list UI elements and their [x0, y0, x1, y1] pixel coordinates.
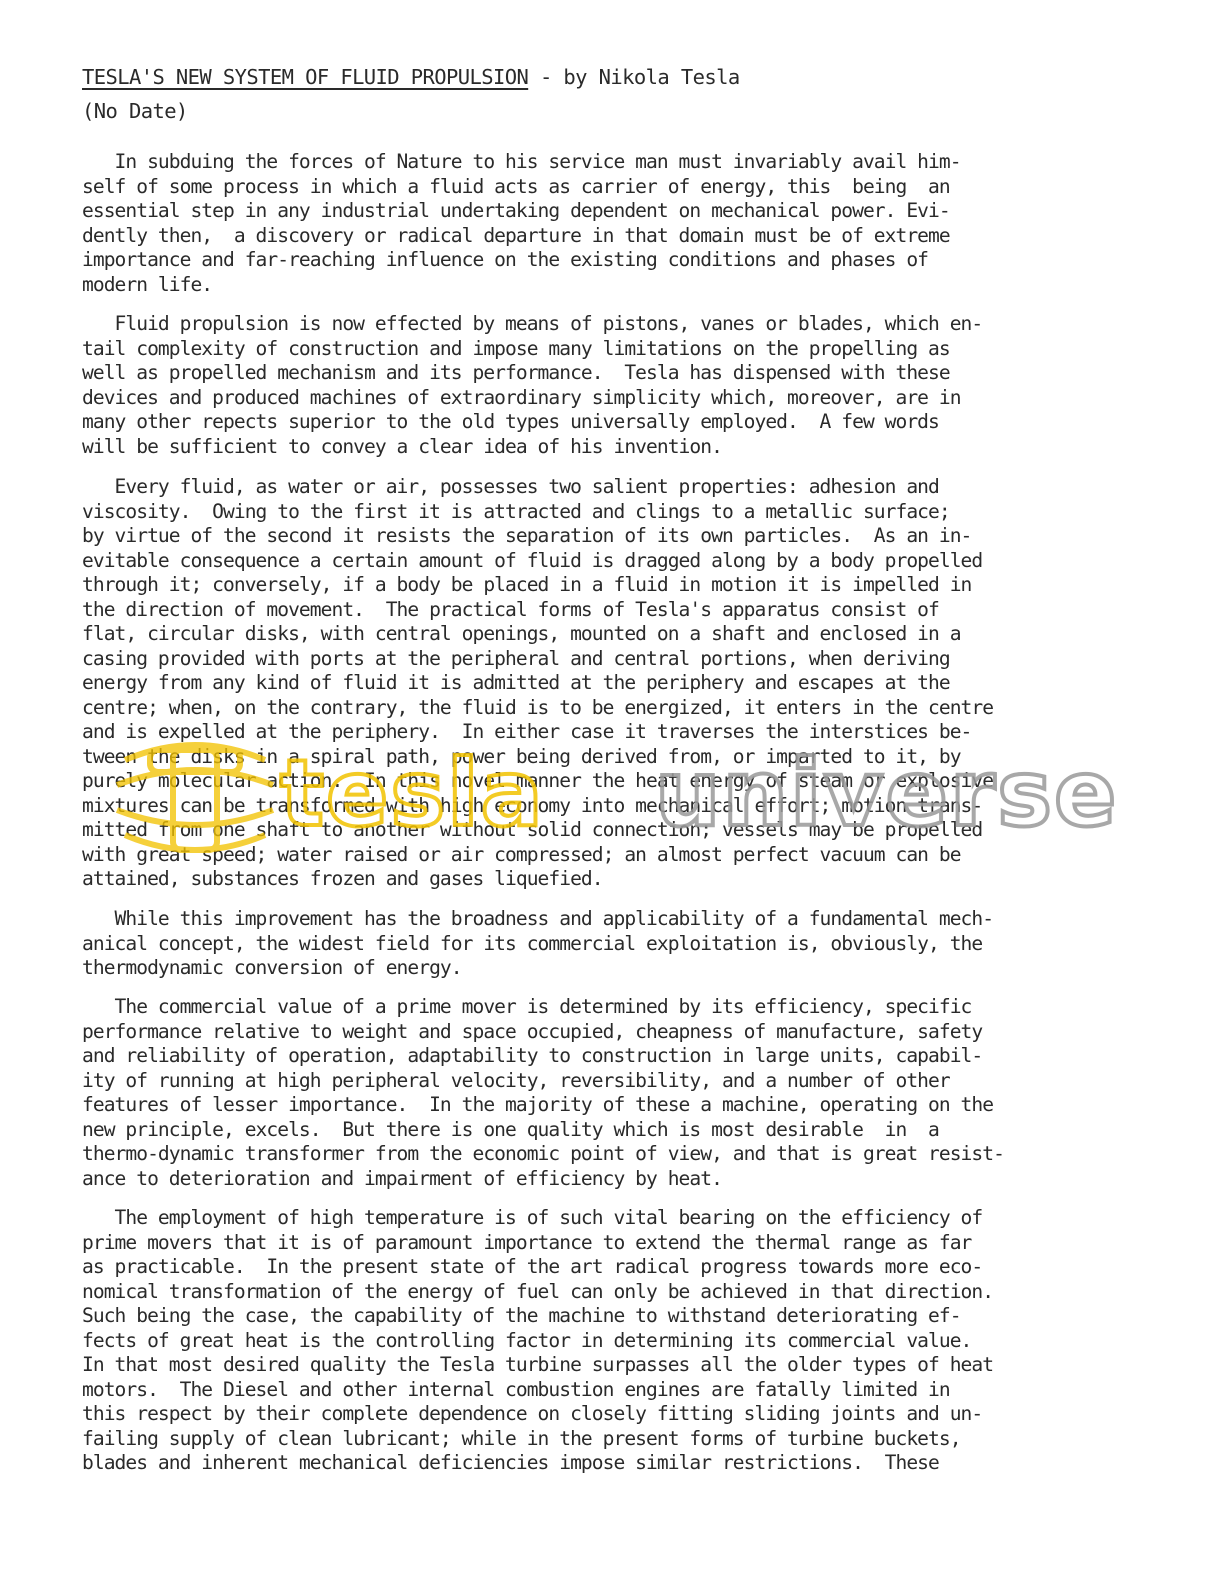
text-line: In subduing the forces of Nature to his …: [82, 150, 961, 175]
text-line: by virtue of the second it resists the s…: [82, 524, 993, 549]
text-line: thermo-dynamic transformer from the econ…: [82, 1142, 1004, 1167]
text-line: many other repects superior to the old t…: [82, 410, 982, 435]
text-line: importance and far-reaching influence on…: [82, 248, 961, 273]
paragraph-5: The commercial value of a prime mover is…: [82, 995, 1004, 1191]
text-line: The commercial value of a prime mover is…: [82, 995, 1004, 1020]
text-line: The employment of high temperature is of…: [82, 1206, 993, 1231]
document-date: (No Date): [82, 96, 1132, 126]
text-line: performance relative to weight and space…: [82, 1020, 1004, 1045]
text-line: well as propelled mechanism and its perf…: [82, 361, 982, 386]
text-line: failing supply of clean lubricant; while…: [82, 1427, 993, 1452]
text-line: new principle, excels. But there is one …: [82, 1118, 1004, 1143]
text-line: will be sufficient to convey a clear ide…: [82, 435, 982, 460]
text-line: modern life.: [82, 273, 961, 298]
text-line: centre; when, on the contrary, the fluid…: [82, 696, 993, 721]
document-title: TESLA'S NEW SYSTEM OF FLUID PROPULSION: [82, 65, 528, 89]
text-line: dently then, a discovery or radical depa…: [82, 224, 961, 249]
text-line: Such being the case, the capability of t…: [82, 1304, 993, 1329]
text-line: Fluid propulsion is now effected by mean…: [82, 312, 982, 337]
text-line: purely molecular action. In this novel m…: [82, 769, 993, 794]
text-line: While this improvement has the broadness…: [82, 907, 993, 932]
text-line: casing provided with ports at the periph…: [82, 647, 993, 672]
text-line: tween the disks in a spiral path, power …: [82, 745, 993, 770]
text-line: flat, circular disks, with central openi…: [82, 622, 993, 647]
text-line: blades and inherent mechanical deficienc…: [82, 1451, 993, 1476]
text-line: mitted from one shaft to another without…: [82, 818, 993, 843]
text-line: this respect by their complete dependenc…: [82, 1402, 993, 1427]
document-page: TESLA'S NEW SYSTEM OF FLUID PROPULSION -…: [82, 62, 1132, 126]
text-line: fects of great heat is the controlling f…: [82, 1329, 993, 1354]
text-line: anical concept, the widest field for its…: [82, 932, 993, 957]
text-line: as practicable. In the present state of …: [82, 1255, 993, 1280]
text-line: attained, substances frozen and gases li…: [82, 867, 993, 892]
text-line: and reliability of operation, adaptabili…: [82, 1044, 1004, 1069]
text-line: Every fluid, as water or air, possesses …: [82, 475, 993, 500]
text-line: self of some process in which a fluid ac…: [82, 175, 961, 200]
text-line: nomical transformation of the energy of …: [82, 1280, 993, 1305]
paragraph-2: Fluid propulsion is now effected by mean…: [82, 312, 982, 459]
text-line: through it; conversely, if a body be pla…: [82, 573, 993, 598]
text-line: prime movers that it is of paramount imp…: [82, 1231, 993, 1256]
text-line: energy from any kind of fluid it is admi…: [82, 671, 993, 696]
text-line: the direction of movement. The practical…: [82, 598, 993, 623]
paragraph-1: In subduing the forces of Nature to his …: [82, 150, 961, 297]
paragraph-6: The employment of high temperature is of…: [82, 1206, 993, 1476]
text-line: thermodynamic conversion of energy.: [82, 956, 993, 981]
text-line: ance to deterioration and impairment of …: [82, 1167, 1004, 1192]
document-heading: TESLA'S NEW SYSTEM OF FLUID PROPULSION -…: [82, 62, 1132, 92]
text-line: motors. The Diesel and other internal co…: [82, 1378, 993, 1403]
text-line: mixtures can be transformed with high ec…: [82, 794, 993, 819]
document-byline: - by Nikola Tesla: [528, 65, 739, 89]
text-line: with great speed; water raised or air co…: [82, 843, 993, 868]
text-line: and is expelled at the periphery. In eit…: [82, 720, 993, 745]
text-line: viscosity. Owing to the first it is attr…: [82, 500, 993, 525]
text-line: In that most desired quality the Tesla t…: [82, 1353, 993, 1378]
text-line: essential step in any industrial underta…: [82, 199, 961, 224]
paragraph-4: While this improvement has the broadness…: [82, 907, 993, 981]
text-line: features of lesser importance. In the ma…: [82, 1093, 1004, 1118]
text-line: devices and produced machines of extraor…: [82, 386, 982, 411]
text-line: evitable consequence a certain amount of…: [82, 549, 993, 574]
text-line: tail complexity of construction and impo…: [82, 337, 982, 362]
text-line: ity of running at high peripheral veloci…: [82, 1069, 1004, 1094]
paragraph-3: Every fluid, as water or air, possesses …: [82, 475, 993, 892]
